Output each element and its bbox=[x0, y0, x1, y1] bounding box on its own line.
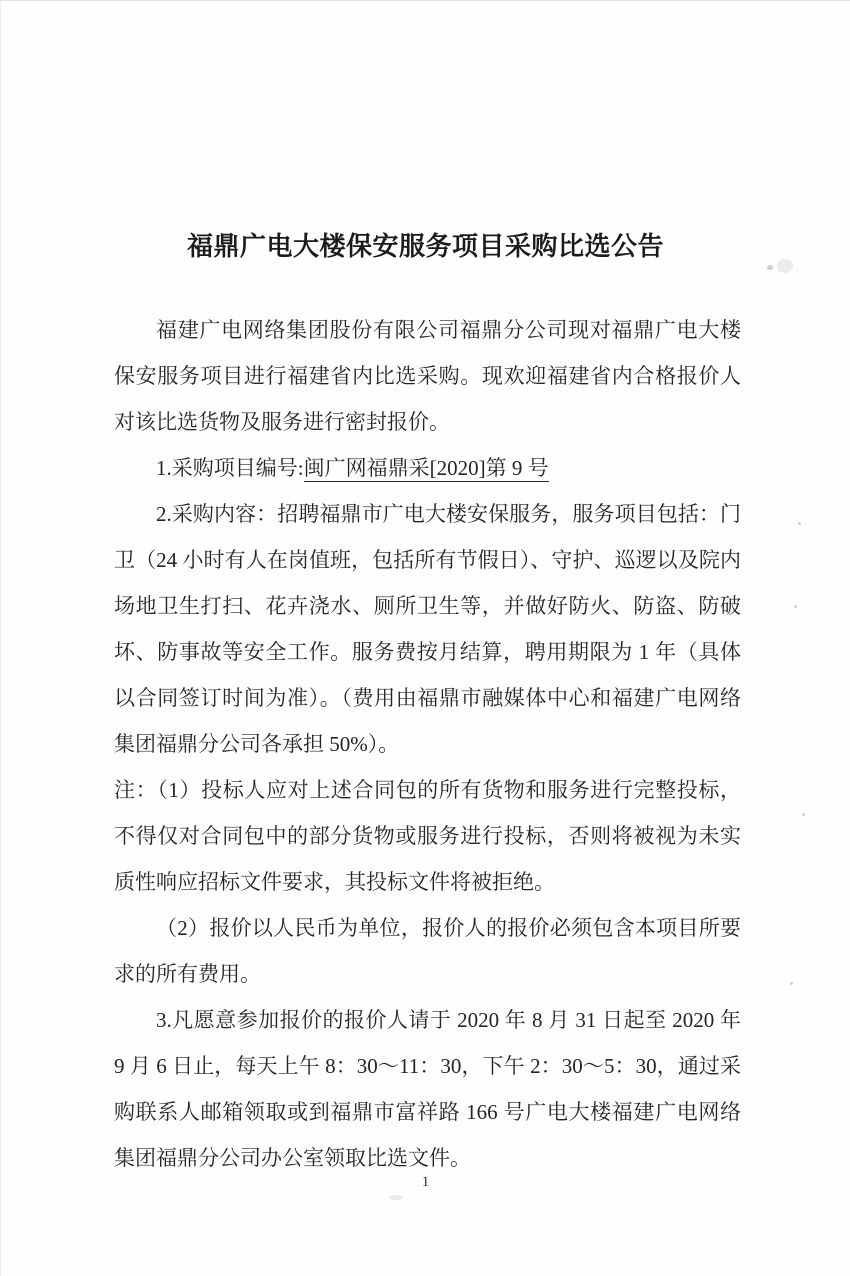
item3-paragraph: 3.凡愿意参加报价的报价人请于 2020 年 8 月 31 日起至 2020 年… bbox=[114, 997, 741, 1181]
item2-paragraph: 2.采购内容：招聘福鼎市广电大楼安保服务，服务项目包括：门卫（24 小时有人在岗… bbox=[114, 491, 741, 767]
intro-paragraph: 福建广电网络集团股份有限公司福鼎分公司现对福鼎广电大楼保安服务项目进行福建省内比… bbox=[114, 307, 741, 445]
document-title: 福鼎广电大楼保安服务项目采购比选公告 bbox=[1, 228, 850, 266]
item1-label: 1.采购项目编号: bbox=[156, 456, 304, 480]
scan-speck bbox=[802, 813, 805, 816]
page-number: 1 bbox=[1, 1171, 850, 1193]
item1-project-number: 闽广网福鼎采[2020]第 9 号 bbox=[304, 456, 549, 482]
scan-speck bbox=[794, 605, 797, 608]
scanned-document-page: 福鼎广电大楼保安服务项目采购比选公告 福建广电网络集团股份有限公司福鼎分公司现对… bbox=[0, 0, 850, 1276]
scan-smudge bbox=[389, 1195, 403, 1200]
document-body: 福建广电网络集团股份有限公司福鼎分公司现对福鼎广电大楼保安服务项目进行福建省内比… bbox=[114, 307, 741, 1181]
scan-speck bbox=[798, 522, 801, 525]
scan-speck bbox=[790, 982, 793, 985]
scan-smudge bbox=[777, 259, 793, 273]
item1-paragraph: 1.采购项目编号:闽广网福鼎采[2020]第 9 号 bbox=[114, 445, 741, 491]
note1-paragraph: 注：（1）投标人应对上述合同包的所有货物和服务进行完整投标，不得仅对合同包中的部… bbox=[114, 767, 741, 905]
note2-paragraph: （2）报价以人民币为单位，报价人的报价必须包含本项目所要求的所有费用。 bbox=[114, 905, 741, 997]
scan-speck bbox=[767, 265, 773, 270]
